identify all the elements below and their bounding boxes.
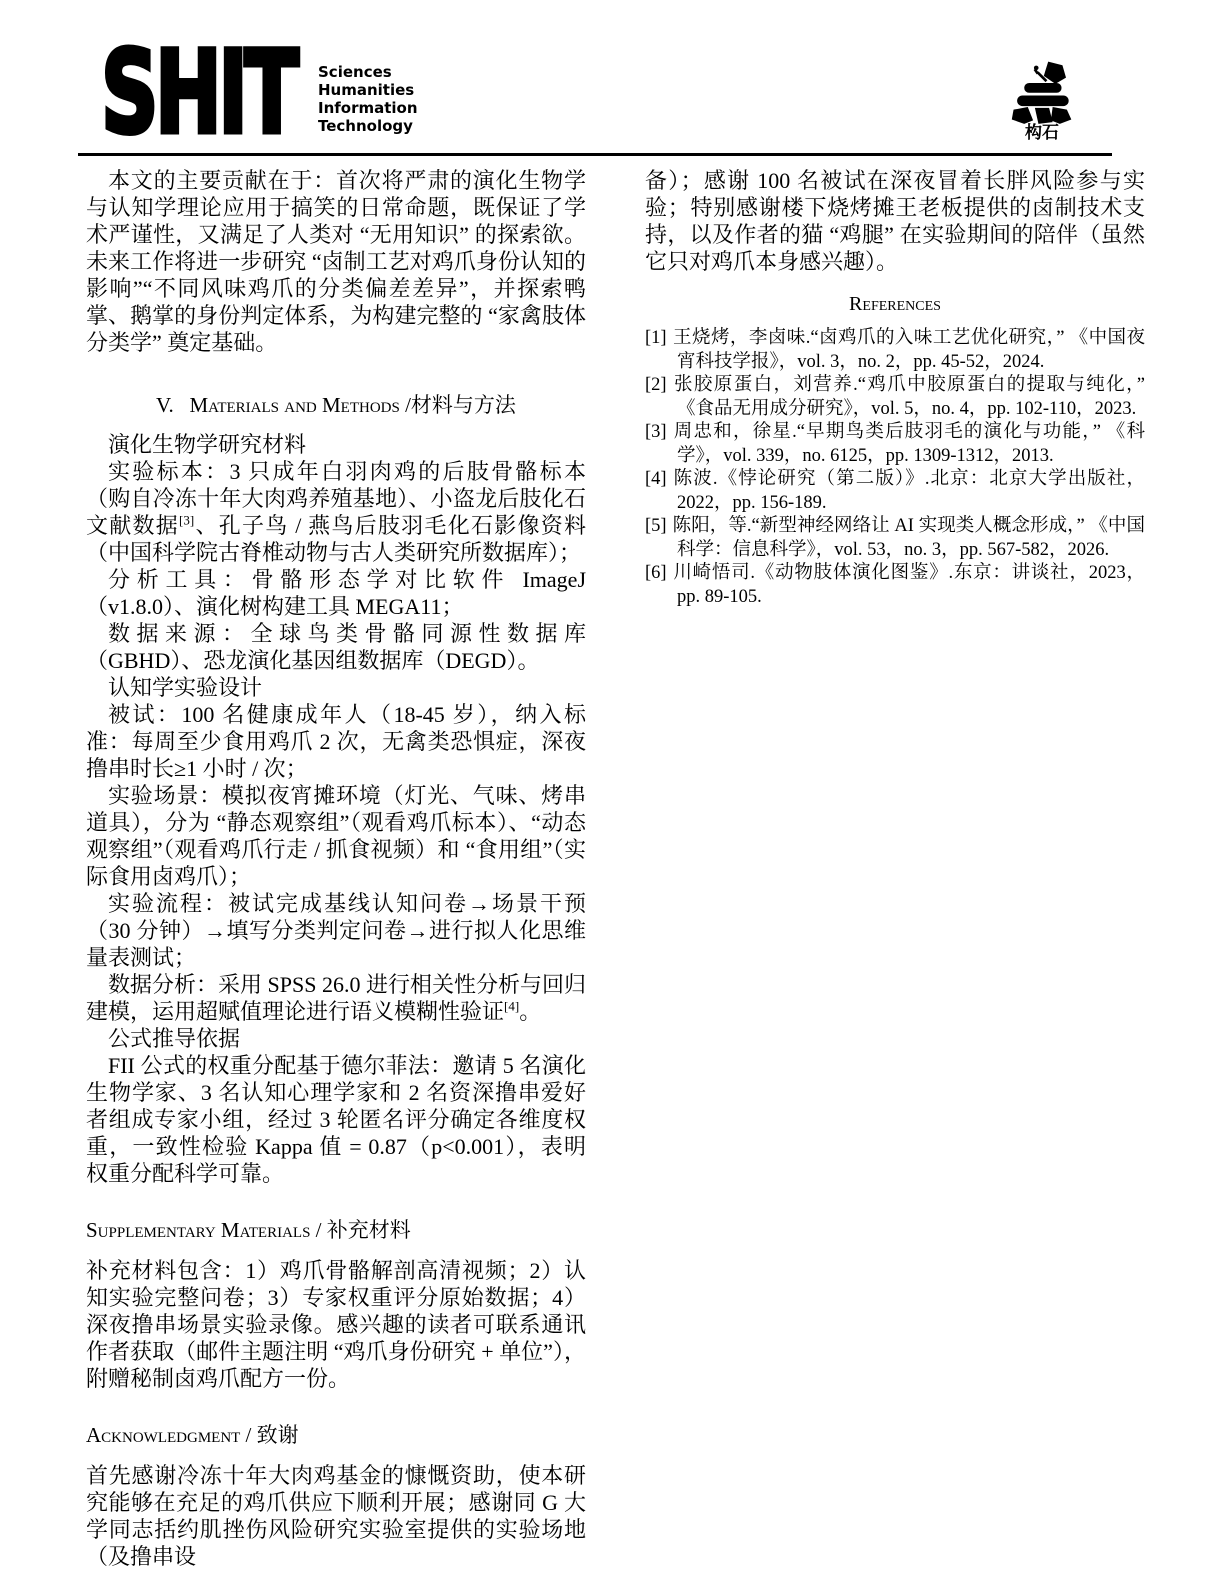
acknowledgment-paragraph-part1: 首先感谢冷冻十年大肉鸡基金的慷慨资助，使本研究能够在充足的鸡爪供应下顺利开展；感… [86, 1462, 586, 1570]
intro-paragraph: 本文的主要贡献在于：首次将严肃的演化生物学与认知学理论应用于搞笑的日常命题，既保… [86, 167, 586, 356]
reference-text: 陈波.《悖论研究（第二版）》.北京：北京大学出版社，2022，pp. 156-1… [673, 469, 1145, 513]
references-list: [1]王烧烤，李卤味.“卤鸡爪的入味工艺优化研究，” 《中国夜宵科技学报》，vo… [645, 327, 1145, 609]
reference-text: 王烧烤，李卤味.“卤鸡爪的入味工艺优化研究，” 《中国夜宵科技学报》，vol. … [673, 328, 1145, 372]
right-column: 备）；感谢 100 名被试在深夜冒着长胖风险参与实验；特别感谢楼下烧烤摊王老板提… [645, 167, 1145, 1570]
methods-paragraph: 认知学实验设计 [86, 674, 586, 701]
methods-paragraph: 实验流程：被试完成基线认知问卷→场景干预（30 分钟）→填写分类判定问卷→进行拟… [86, 890, 586, 971]
publisher-label: 构石 [1000, 124, 1084, 142]
logo-word: Sciences [318, 63, 418, 81]
section-heading-references: References [645, 292, 1145, 316]
reference-entry: [6]川崎悟司.《动物肢体演化图鉴》.东京：讲谈社，2023，pp. 89-10… [645, 562, 1145, 609]
methods-paragraph: 被试：100 名健康成年人（18-45 岁），纳入标准：每周至少食用鸡爪 2 次… [86, 701, 586, 782]
reference-entry: [4]陈波.《悖论研究（第二版）》.北京：北京大学出版社，2022，pp. 15… [645, 468, 1145, 515]
paper-page: SHIT Sciences Humanities Information Tec… [0, 0, 1224, 1584]
reference-text: 张胶原蛋白，刘营养.“鸡爪中胶原蛋白的提取与纯化，” 《食品无用成分研究》，vo… [673, 375, 1145, 419]
citation-superscript: [4] [504, 999, 519, 1014]
reference-entry: [5]陈阳，等.“新型神经网络让 AI 实现类人概念形成，” 《中国科学：信息科… [645, 515, 1145, 562]
reference-label: [1] [645, 328, 673, 348]
logo-word: Humanities [318, 81, 418, 99]
citation-superscript: [3] [179, 513, 194, 528]
section-heading-acknowledgment: Acknowledgment / 致谢 [86, 1422, 586, 1448]
logo-word: Technology [318, 117, 418, 135]
reference-label: [4] [645, 469, 673, 489]
section-heading-supplementary: Supplementary Materials / 补充材料 [86, 1217, 586, 1243]
methods-paragraph: 数据来源：全球鸟类骨骼同源性数据库（GBHD）、恐龙演化基因组数据库（DEGD）… [86, 620, 586, 674]
methods-paragraph: FII 公式的权重分配基于德尔菲法：邀请 5 名演化生物学家、3 名认知心理学家… [86, 1052, 586, 1187]
reference-label: [6] [645, 563, 673, 583]
reference-text: 周忠和，徐星.“早期鸟类后肢羽毛的演化与功能，” 《科学》，vol. 339，n… [673, 422, 1145, 466]
methods-paragraph: 分析工具：骨骼形态学对比软件 ImageJ（v1.8.0）、演化树构建工具 ME… [86, 566, 586, 620]
methods-paragraph: 演化生物学研究材料 [86, 431, 586, 458]
reference-label: [5] [645, 516, 673, 536]
section-heading-methods: V. Materials and Methods /材料与方法 [86, 392, 586, 418]
methods-paragraph: 实验标本：3 只成年白羽肉鸡的后肢骨骼标本（购自冷冻十年大肉鸡养殖基地）、小盗龙… [86, 458, 586, 566]
reference-entry: [1]王烧烤，李卤味.“卤鸡爪的入味工艺优化研究，” 《中国夜宵科技学报》，vo… [645, 327, 1145, 374]
reference-entry: [2]张胶原蛋白，刘营养.“鸡爪中胶原蛋白的提取与纯化，” 《食品无用成分研究》… [645, 374, 1145, 421]
publisher-logo: 构石 [1000, 58, 1084, 142]
paragraph-text: 。 [519, 999, 541, 1024]
supplementary-paragraph: 补充材料包含：1）鸡爪骨骼解剖高清视频；2）认知实验完整问卷；3）专家权重评分原… [86, 1257, 586, 1392]
paper-body: 本文的主要贡献在于：首次将严肃的演化生物学与认知学理论应用于搞笑的日常命题，既保… [86, 167, 1146, 1570]
acknowledgment-paragraph-part2: 备）；感谢 100 名被试在深夜冒着长胖风险参与实验；特别感谢楼下烧烤摊王老板提… [645, 167, 1145, 275]
reference-label: [3] [645, 422, 673, 442]
methods-paragraph: 公式推导依据 [86, 1025, 586, 1052]
journal-logo: SHIT [101, 36, 295, 150]
journal-logo-words: Sciences Humanities Information Technolo… [318, 63, 418, 135]
header-rule [78, 153, 1112, 156]
reference-label: [2] [645, 375, 673, 395]
reference-text: 陈阳，等.“新型神经网络让 AI 实现类人概念形成，” 《中国科学：信息科学》，… [673, 516, 1145, 560]
rock-pile-icon [1002, 58, 1082, 124]
reference-text: 川崎悟司.《动物肢体演化图鉴》.东京：讲谈社，2023，pp. 89-105. [673, 563, 1145, 607]
methods-paragraph: 数据分析：采用 SPSS 26.0 进行相关性分析与回归建模，运用超赋值理论进行… [86, 971, 586, 1025]
methods-paragraph: 实验场景：模拟夜宵摊环境（灯光、气味、烤串道具），分为 “静态观察组”（观看鸡爪… [86, 782, 586, 890]
left-column: 本文的主要贡献在于：首次将严肃的演化生物学与认知学理论应用于搞笑的日常命题，既保… [86, 167, 586, 1570]
logo-word: Information [318, 99, 418, 117]
reference-entry: [3]周忠和，徐星.“早期鸟类后肢羽毛的演化与功能，” 《科学》，vol. 33… [645, 421, 1145, 468]
